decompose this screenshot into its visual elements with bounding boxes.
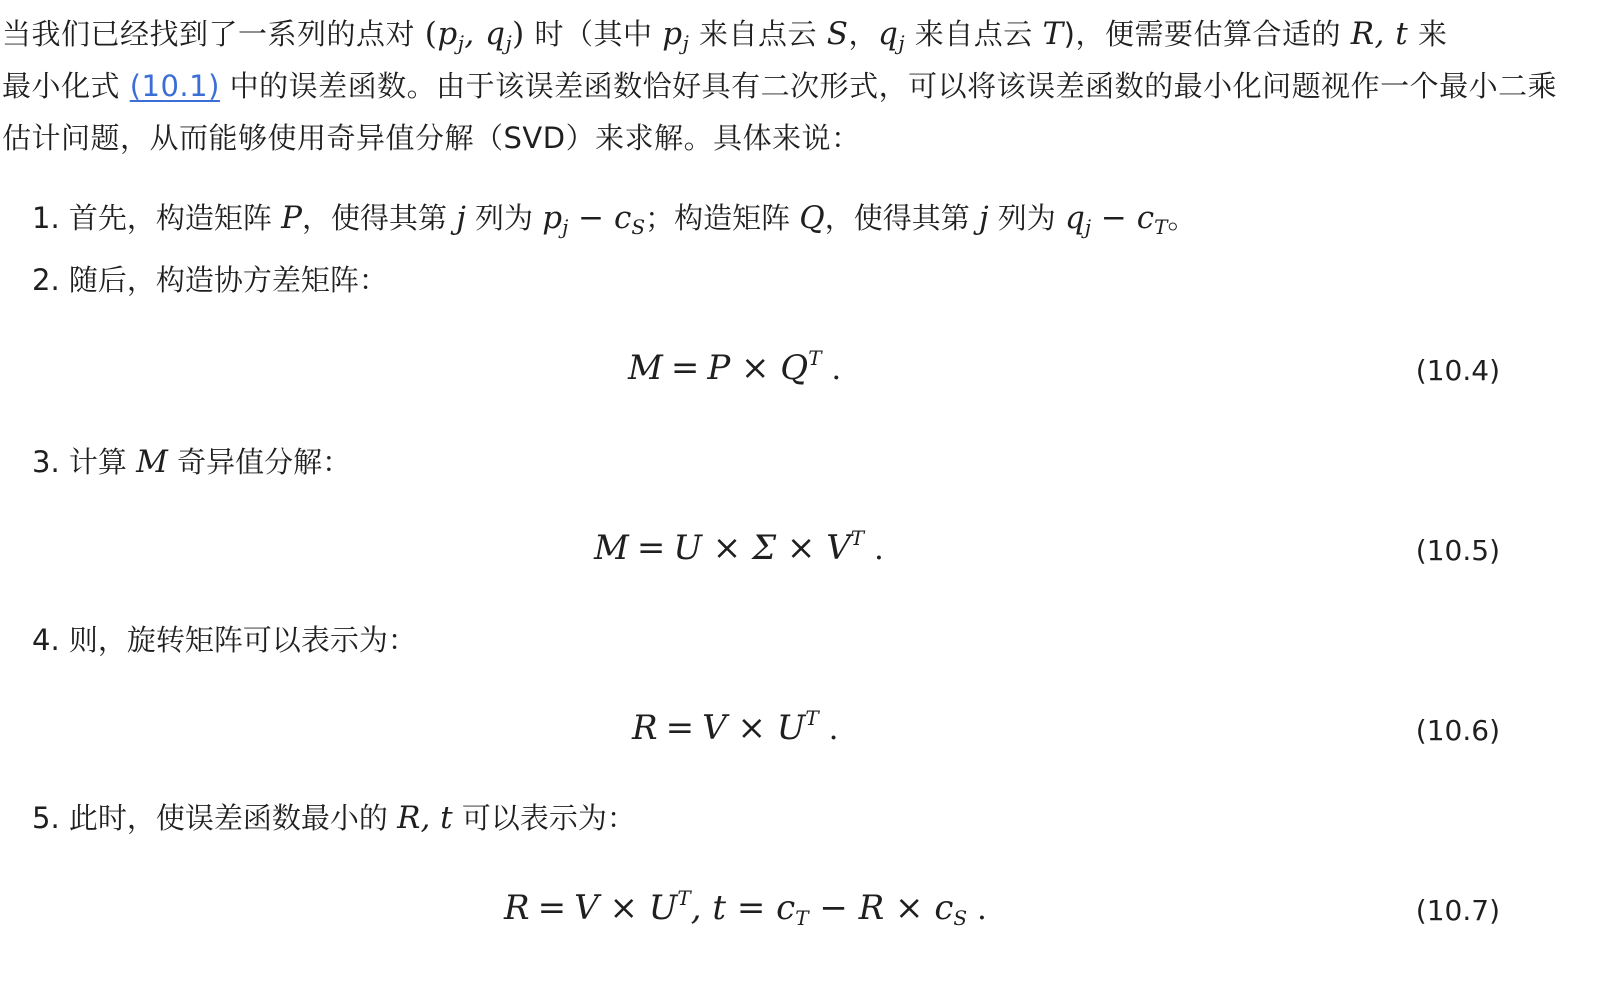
step-5: 5. 此时，使误差函数最小的 R, t 可以表示为： <box>32 798 636 838</box>
equation-10-4: M=P × QT . (10.4) <box>0 340 1608 400</box>
equation-10-7: R=V × UT, t = cT − R × cS . (10.7) <box>0 880 1608 940</box>
step-1: 1. 首先，构造矩阵 P，使得其第 j 列为 pj − cS；构造矩阵 Q，使得… <box>32 198 1196 238</box>
intro-paragraph: 当我们已经找到了一系列的点对 (pj, qj) 时（其中 pj 来自点云 S，q… <box>2 8 1582 164</box>
step-2: 2. 随后，构造协方差矩阵： <box>32 260 388 300</box>
equation-number: (10.7) <box>1416 894 1500 927</box>
math-pair: (pj, qj) <box>425 16 525 52</box>
equation-number: (10.5) <box>1416 534 1500 567</box>
equation-10-5: M=U × Σ × VT . (10.5) <box>0 520 1608 580</box>
equation-ref-link[interactable]: (10.1) <box>130 69 220 103</box>
equation-10-6: R=V × UT . (10.6) <box>0 700 1608 760</box>
step-3: 3. 计算 M 奇异值分解： <box>32 442 351 482</box>
equation-number: (10.6) <box>1416 714 1500 747</box>
step-4: 4. 则，旋转矩阵可以表示为： <box>32 620 417 660</box>
equation-number: (10.4) <box>1416 354 1500 387</box>
